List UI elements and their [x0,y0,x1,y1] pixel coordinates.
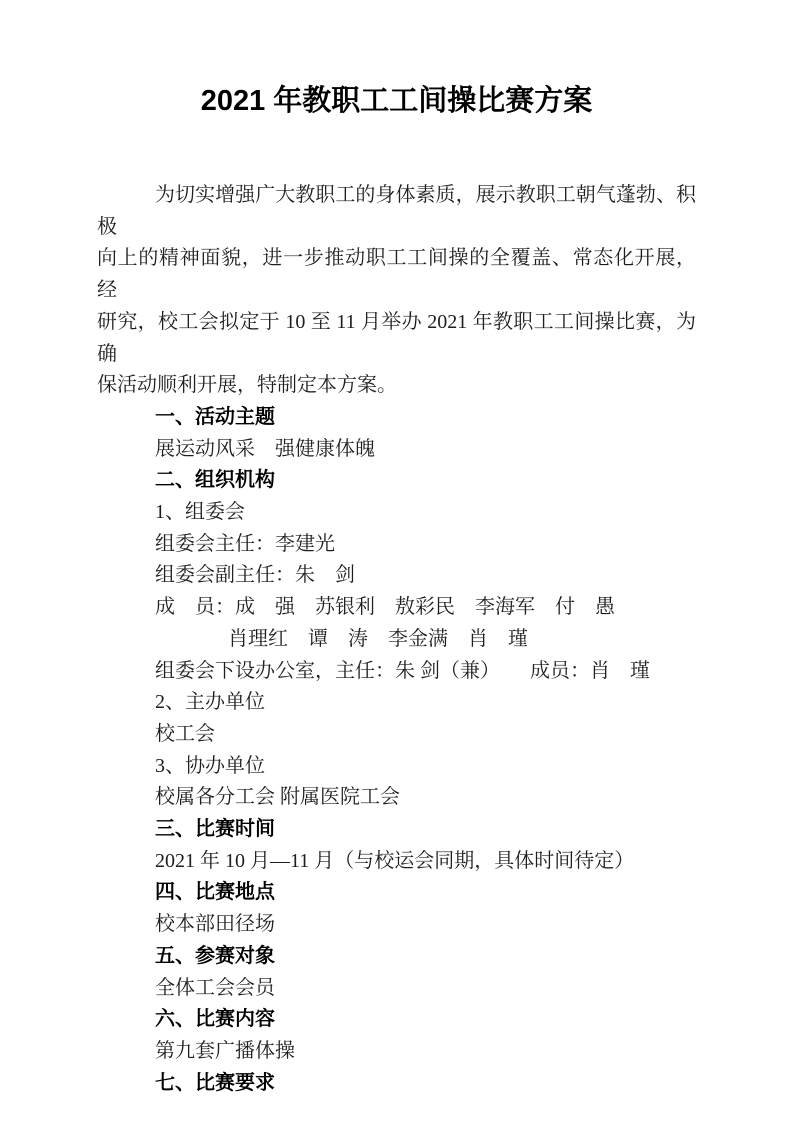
doc-line: 展运动风采 强健康体魄 [97,434,696,466]
document-content: 2021 年教职工工间操比赛方案 为切实增强广大教职工的身体素质，展示教职工朝气… [0,0,793,1099]
paragraph-line: 向上的精神面貌，进一步推动职工工间操的全覆盖、常态化开展，经 [97,243,696,306]
doc-line: 校属各分工会 附属医院工会 [97,782,696,814]
paragraph-line: 为切实增强广大教职工的身体素质，展示教职工朝气蓬勃、积极 [97,180,696,243]
document-lines: 一、活动主题展运动风采 强健康体魄二、组织机构1、组委会组委会主任：李建光组委会… [97,402,696,1099]
section-heading: 七、比赛要求 [97,1068,696,1100]
section-heading: 一、活动主题 [97,402,696,434]
paragraph-line: 研究，校工会拟定于 10 至 11 月举办 2021 年教职工工间操比赛，为确 [97,307,696,370]
doc-line: 组委会主任：李建光 [97,529,696,561]
doc-line: 成 员：成 强 苏银利 敖彩民 李海军 付 愚 [97,592,696,624]
section-heading: 五、参赛对象 [97,941,696,973]
section-heading: 四、比赛地点 [97,877,696,909]
doc-line: 肖理红 谭 涛 李金满 肖 瑾 [97,624,696,656]
section-heading: 六、比赛内容 [97,1004,696,1036]
doc-line: 校本部田径场 [97,909,696,941]
doc-line: 全体工会会员 [97,973,696,1005]
doc-line: 2021 年 10 月—11 月（与校运会同期，具体时间待定） [97,846,696,878]
doc-line: 校工会 [97,719,696,751]
doc-line: 组委会下设办公室，主任：朱 剑（兼） 成员：肖 瑾 [97,656,696,688]
section-heading: 二、组织机构 [97,465,696,497]
doc-line: 2、主办单位 [97,687,696,719]
document-title: 2021 年教职工工间操比赛方案 [97,82,696,120]
section-heading: 三、比赛时间 [97,814,696,846]
doc-line: 第九套广播体操 [97,1036,696,1068]
document-body: 为切实增强广大教职工的身体素质，展示教职工朝气蓬勃、积极向上的精神面貌，进一步推… [97,180,696,1099]
document-page: 2021 年教职工工间操比赛方案 为切实增强广大教职工的身体素质，展示教职工朝气… [0,0,793,1122]
doc-line: 3、协办单位 [97,751,696,783]
paragraph-line: 保活动顺利开展，特制定本方案。 [97,370,696,402]
doc-line: 组委会副主任：朱 剑 [97,560,696,592]
intro-paragraph: 为切实增强广大教职工的身体素质，展示教职工朝气蓬勃、积极向上的精神面貌，进一步推… [97,180,696,402]
doc-line: 1、组委会 [97,497,696,529]
